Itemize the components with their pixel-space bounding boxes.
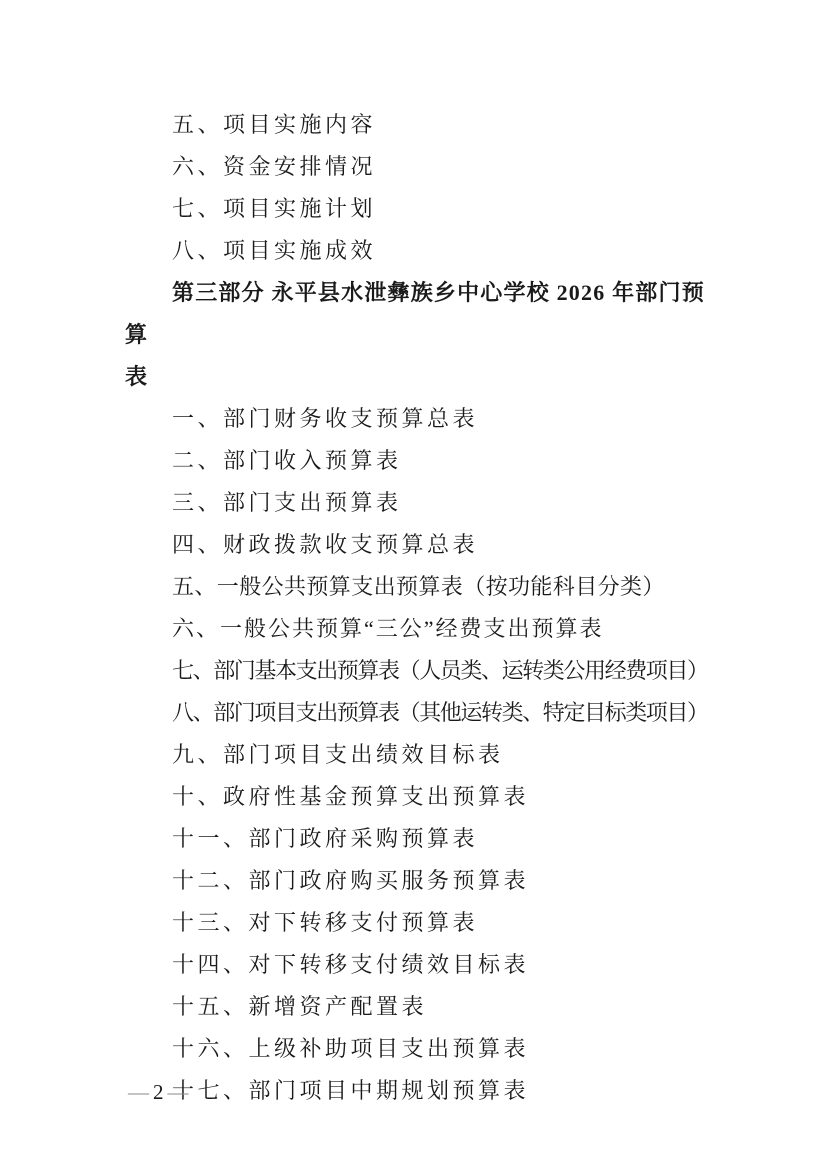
toc-item: 十三、对下转移支付预算表 [125,902,705,944]
page-number-value: 2 [151,1080,166,1104]
toc-item: 十二、部门政府购买服务预算表 [125,860,705,902]
part3-heading: 第三部分 永平县水泄彝族乡中心学校 2026 年部门预算表 [125,272,705,398]
toc-item: 十七、部门项目中期规划预算表 [125,1070,705,1112]
page-number-dash-right: — [166,1080,191,1104]
toc-intro-item: 八、项目实施成效 [125,230,705,272]
toc-intro-item: 七、项目实施计划 [125,188,705,230]
toc-item: 三、部门支出预算表 [125,482,705,524]
toc-item: 十五、新增资产配置表 [125,986,705,1028]
toc-intro-item: 六、资金安排情况 [125,146,705,188]
toc-item: 一、部门财务收支预算总表 [125,398,705,440]
toc-item: 十一、部门政府采购预算表 [125,818,705,860]
toc-item: 七、部门基本支出预算表（人员类、运转类公用经费项目） [125,650,705,692]
toc-intro-item: 五、项目实施内容 [125,104,705,146]
part3-heading-line2: 表 [125,364,148,389]
toc-item: 四、财政拨款收支预算总表 [125,524,705,566]
toc-item: 十四、对下转移支付绩效目标表 [125,944,705,986]
document-page: 五、项目实施内容 六、资金安排情况 七、项目实施计划 八、项目实施成效 第三部分… [0,0,826,1169]
toc-item: 九、部门项目支出绩效目标表 [125,734,705,776]
page-number-dash-left: — [126,1080,151,1104]
toc-item: 二、部门收入预算表 [125,440,705,482]
toc-content: 五、项目实施内容 六、资金安排情况 七、项目实施计划 八、项目实施成效 第三部分… [125,104,705,1112]
toc-item: 十、政府性基金预算支出预算表 [125,776,705,818]
toc-item: 八、部门项目支出预算表（其他运转类、特定目标类项目） [125,692,705,734]
part3-heading-line1: 第三部分 永平县水泄彝族乡中心学校 2026 年部门预算 [125,280,705,347]
toc-item: 五、一般公共预算支出预算表（按功能科目分类） [125,566,705,608]
page-number: —2— [126,1080,191,1104]
toc-item: 十六、上级补助项目支出预算表 [125,1028,705,1070]
toc-item: 六、一般公共预算“三公”经费支出预算表 [125,608,705,650]
